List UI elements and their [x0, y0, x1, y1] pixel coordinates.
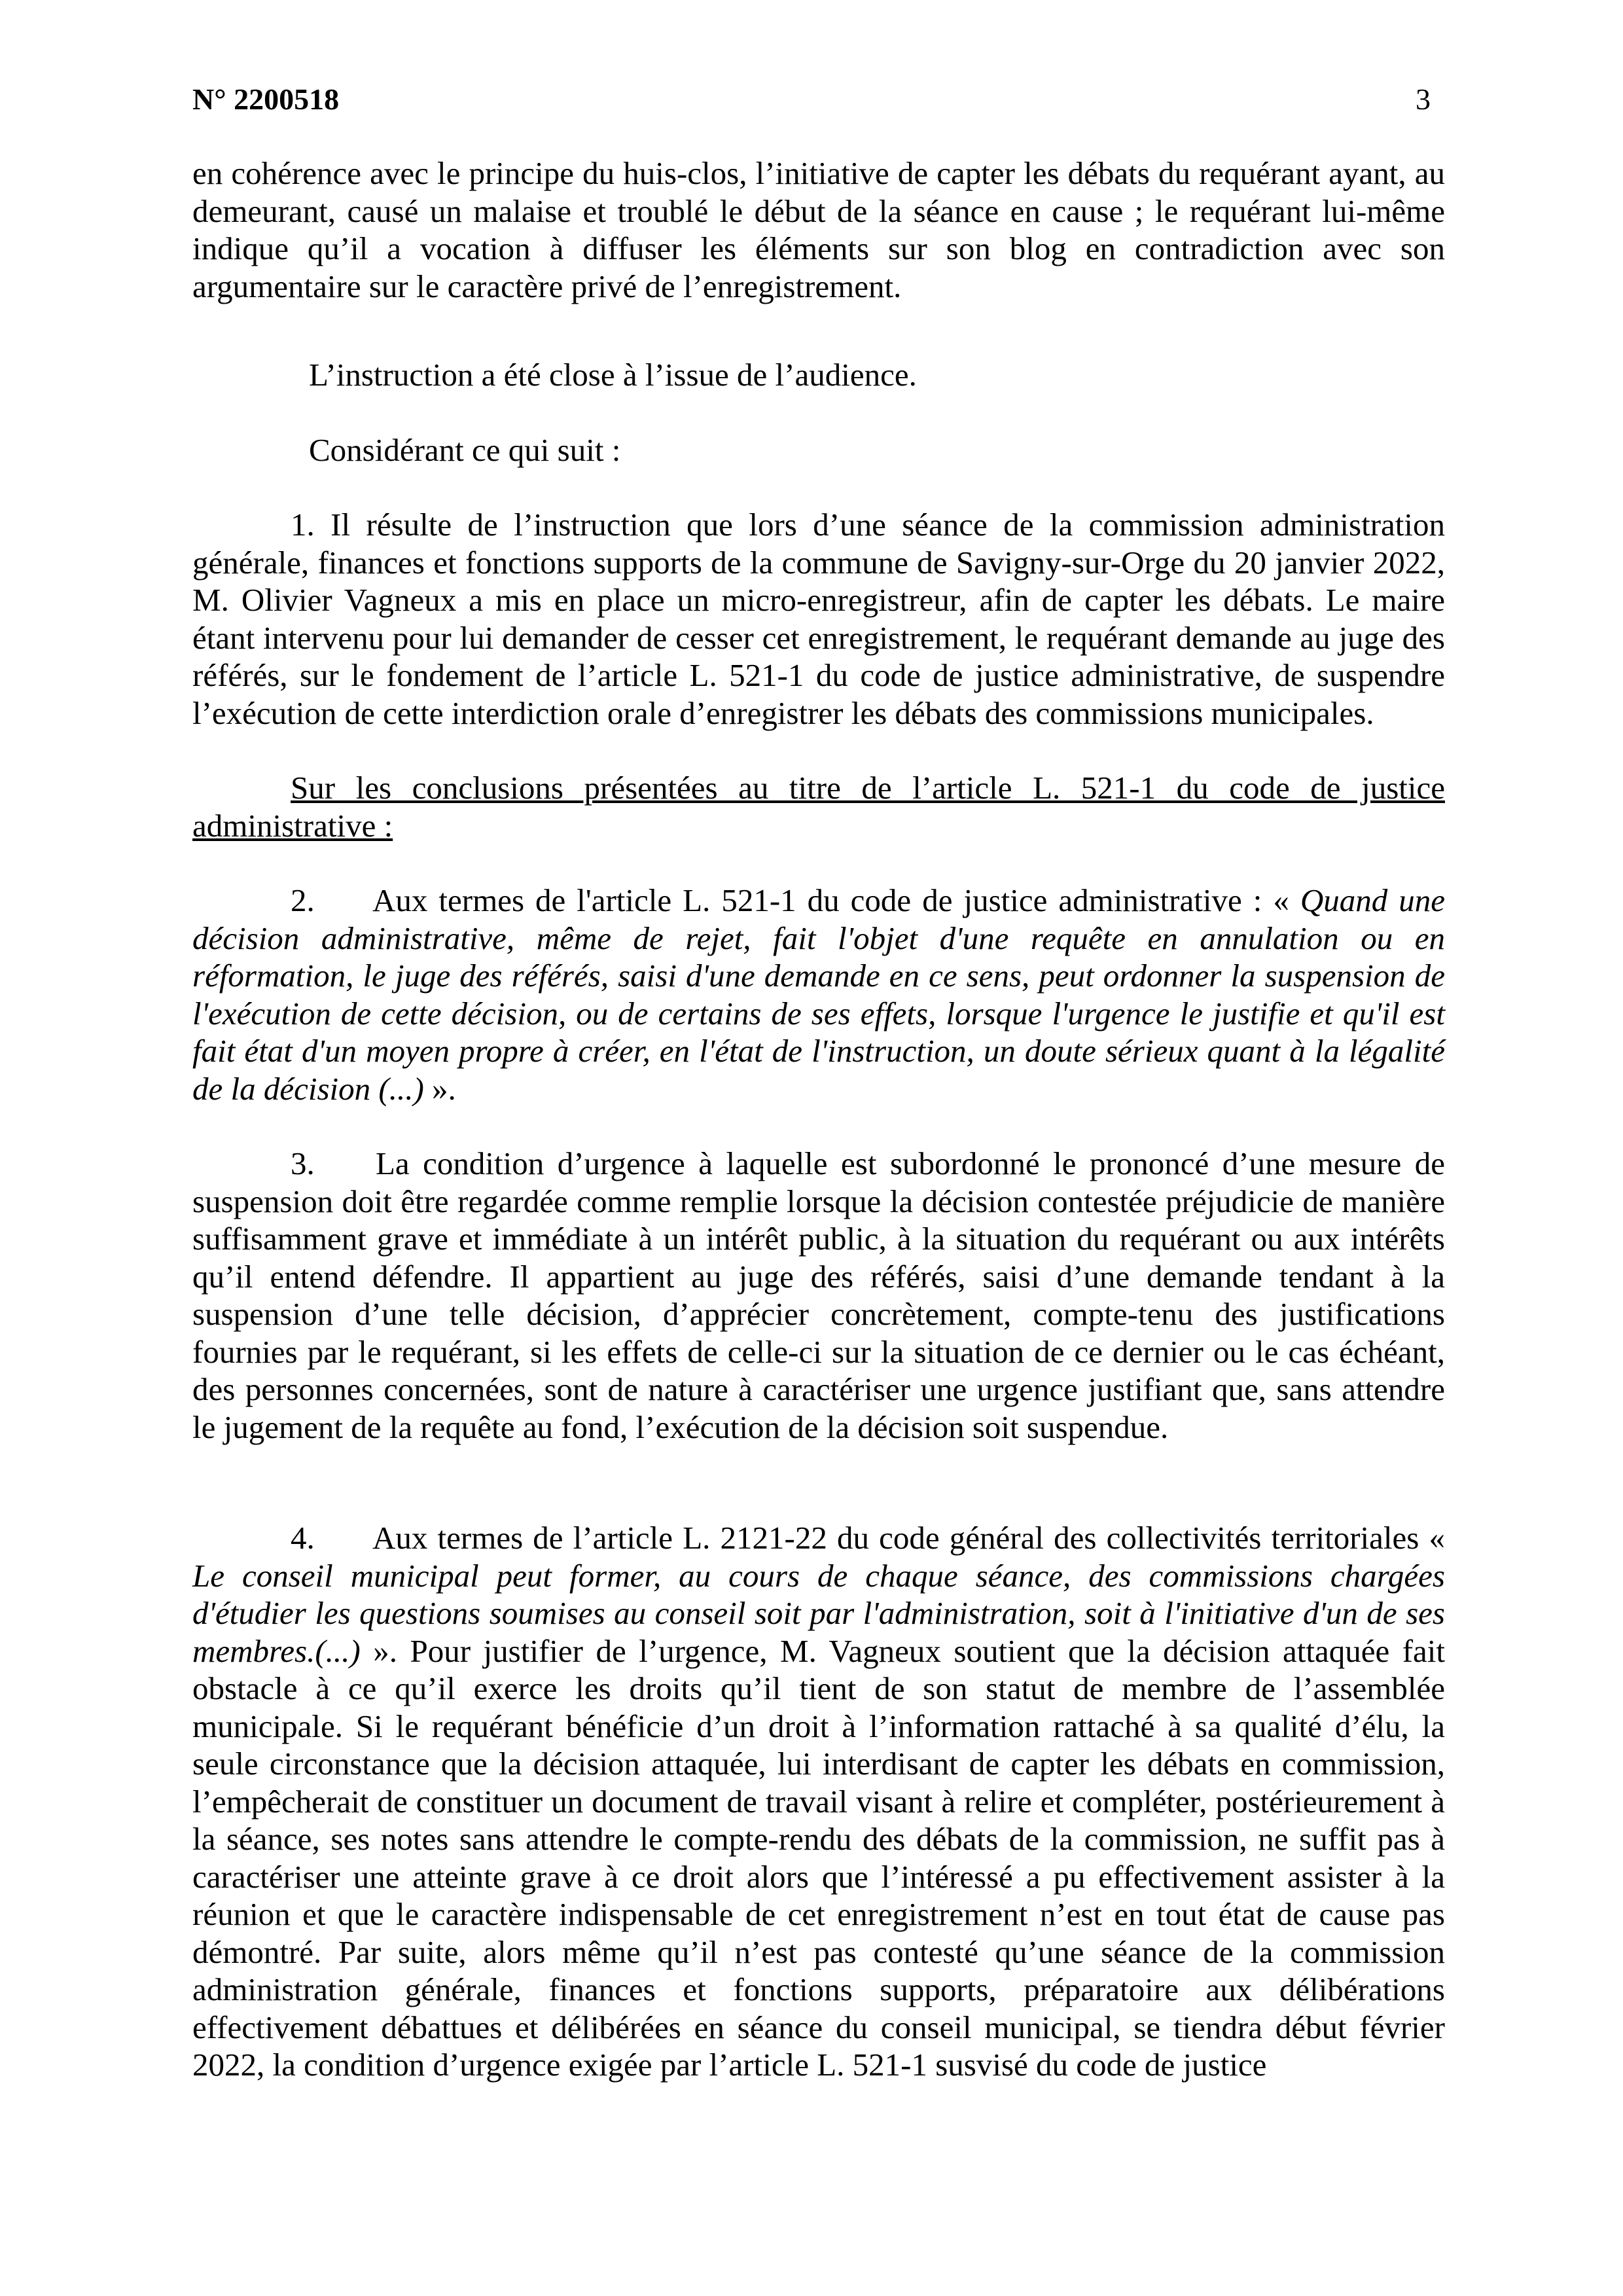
paragraph-text: Il résulte de l’instruction que lors d’u…	[192, 507, 1445, 731]
paragraph-intro: Aux termes de l'article L. 521-1 du code…	[372, 882, 1300, 918]
paragraph-outro: ».	[424, 1071, 456, 1107]
paragraph-1: 1. Il résulte de l’instruction que lors …	[192, 506, 1445, 732]
section-heading: Sur les conclusions présentées au titre …	[192, 769, 1445, 844]
paragraph-2: 2.Aux termes de l'article L. 521-1 du co…	[192, 882, 1445, 1107]
paragraph-outro: ». Pour justifier de l’urgence, M. Vagne…	[192, 1633, 1445, 2083]
spacer	[192, 1446, 1445, 1519]
paragraph-number: 2.	[291, 882, 372, 920]
paragraph-number: 4.	[291, 1519, 372, 1557]
page-number: 3	[1416, 80, 1431, 119]
case-number: N° 2200518	[192, 80, 339, 119]
spacer	[192, 844, 1445, 882]
paragraph-3: 3.La condition d’urgence à laquelle est …	[192, 1145, 1445, 1446]
instruction-closed-statement: L’instruction a été close à l’issue de l…	[192, 356, 1445, 394]
spacer	[192, 1107, 1445, 1145]
spacer	[192, 732, 1445, 769]
paragraph-4: 4.Aux termes de l’article L. 2121-22 du …	[192, 1519, 1445, 2084]
page-header: N° 2200518 3	[192, 80, 1445, 119]
paragraph-text: La condition d’urgence à laquelle est su…	[192, 1145, 1445, 1445]
paragraph-number: 3.	[291, 1145, 376, 1183]
spacer	[192, 469, 1445, 506]
paragraph-intro: Aux termes de l’article L. 2121-22 du co…	[372, 1520, 1445, 1556]
spacer	[192, 305, 1445, 356]
considering-statement: Considérant ce qui suit :	[192, 431, 1445, 469]
spacer	[192, 394, 1445, 431]
paragraph-number: 1.	[291, 506, 315, 544]
continuation-paragraph: en cohérence avec le principe du huis-cl…	[192, 154, 1445, 305]
document-body: en cohérence avec le principe du huis-cl…	[192, 154, 1445, 2084]
